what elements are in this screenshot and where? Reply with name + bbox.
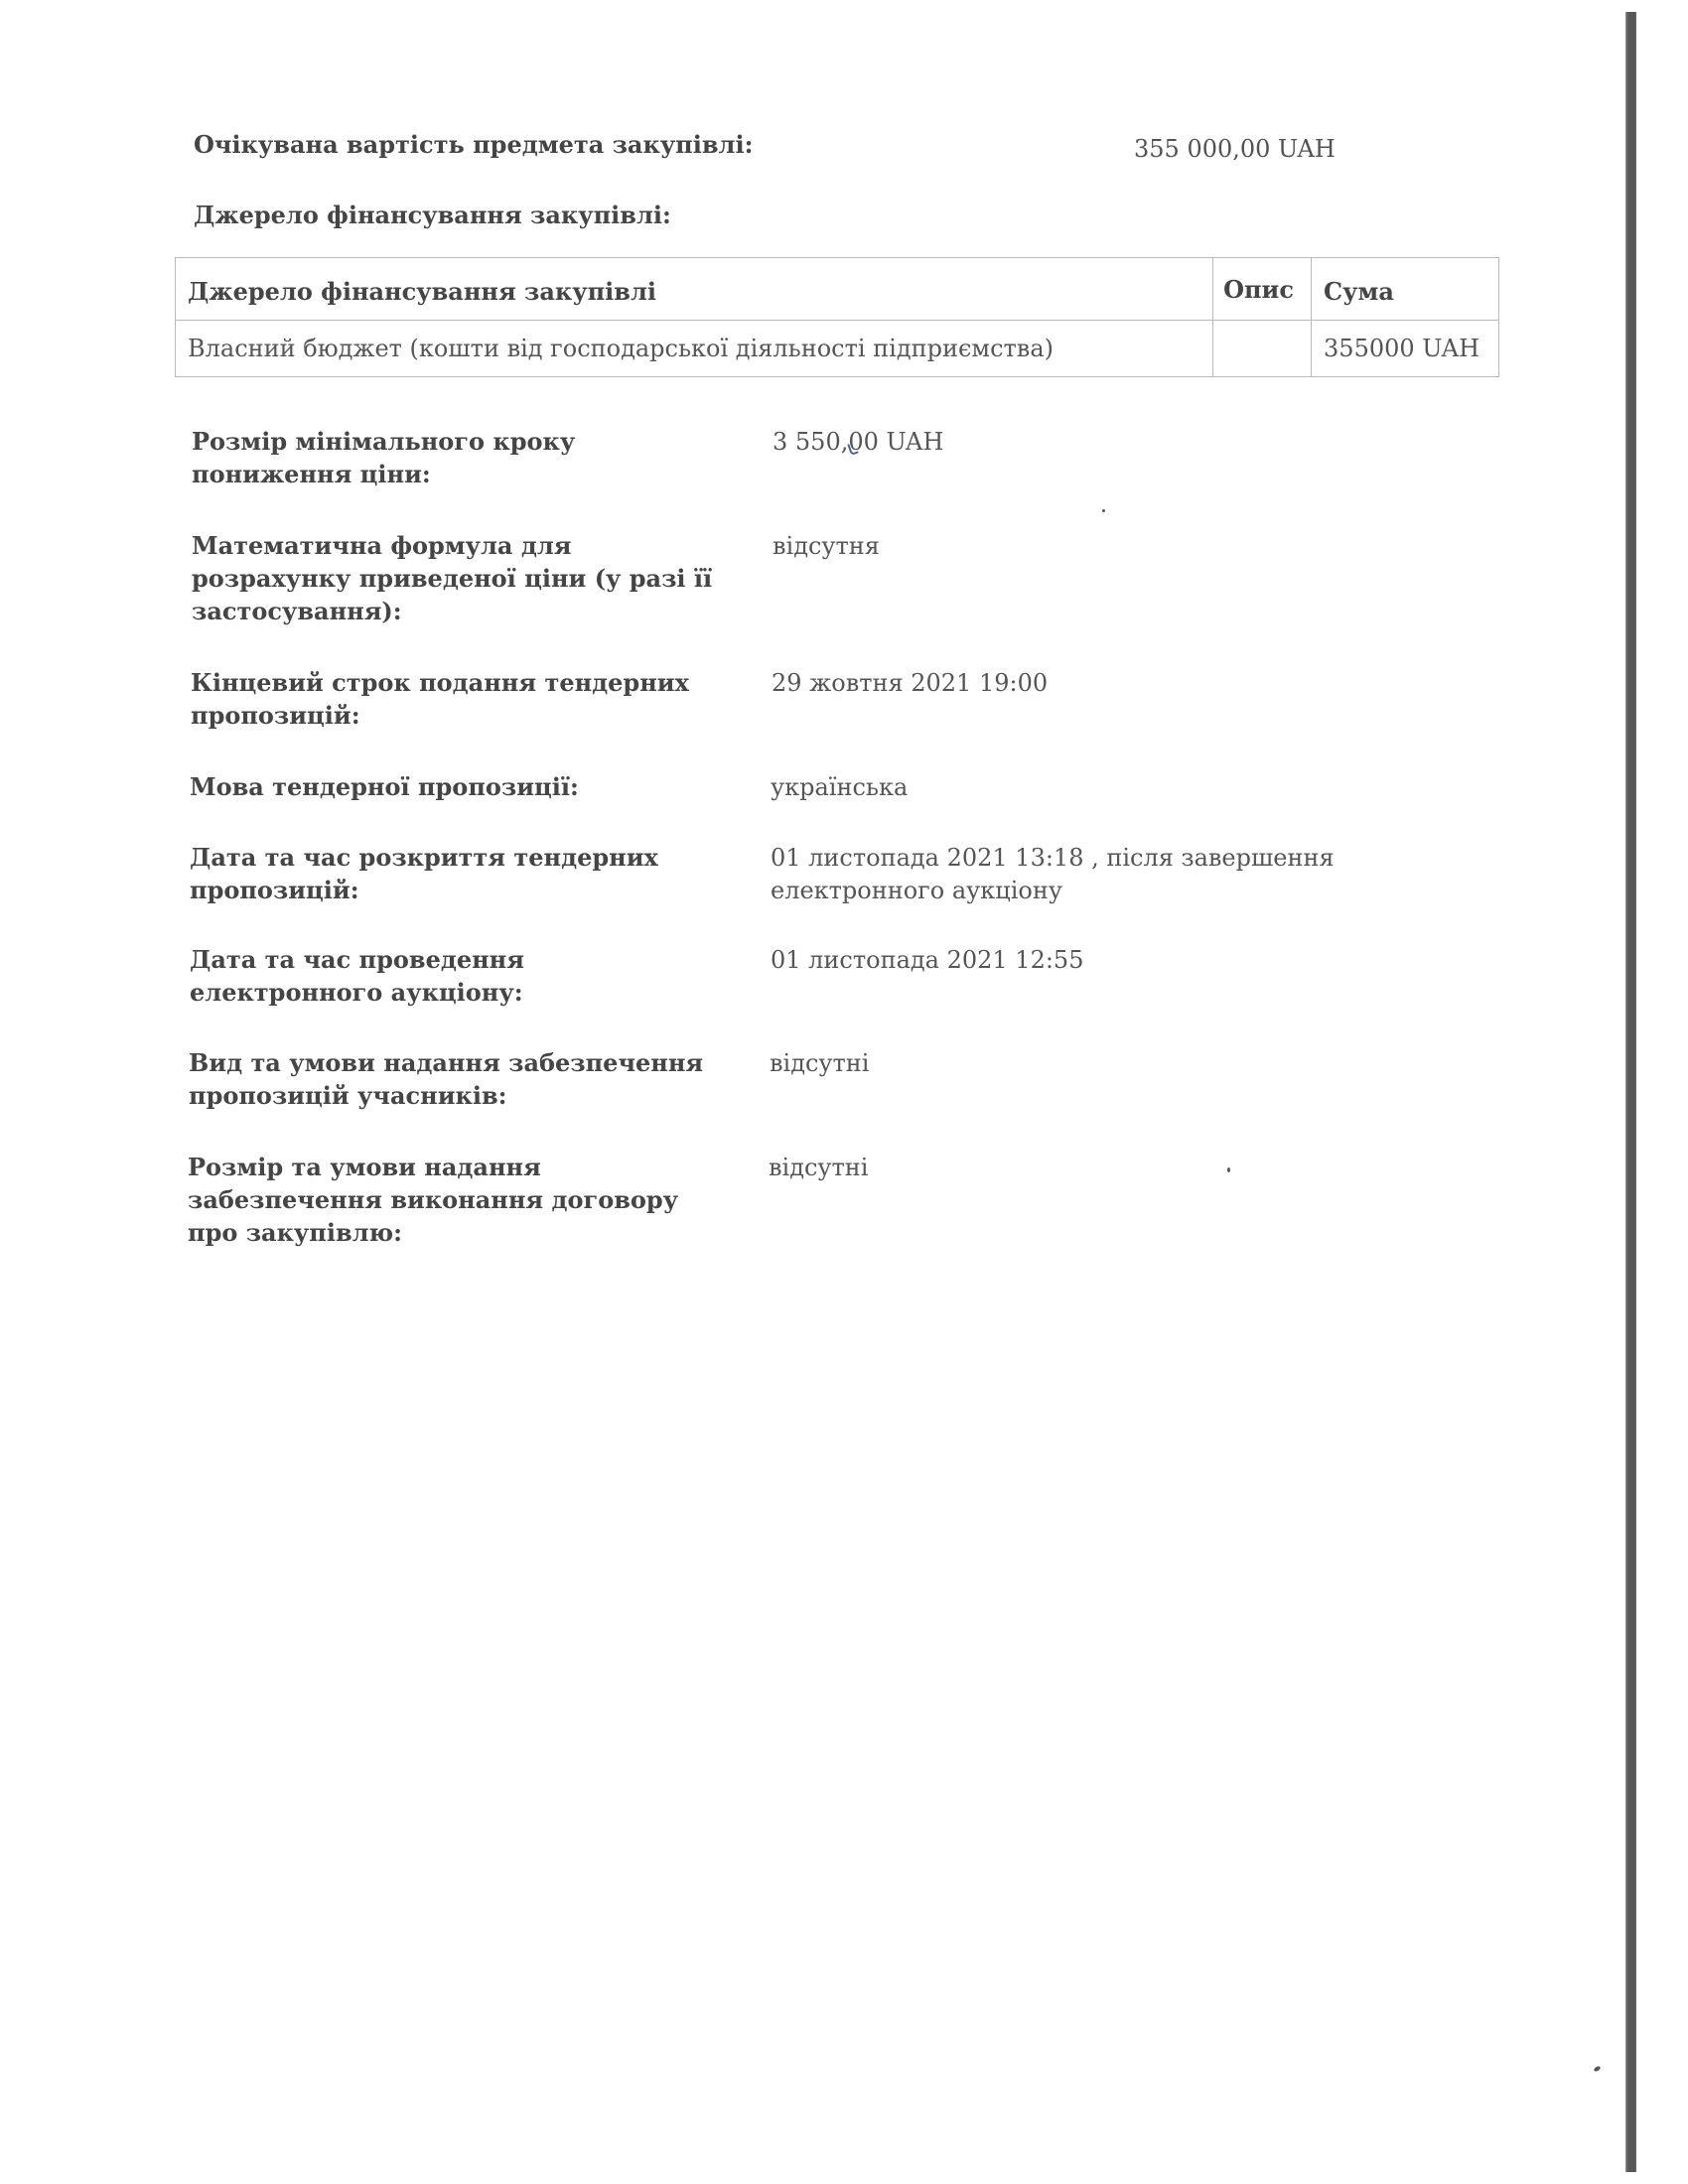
cell-source: Власний бюджет (кошти від господарської … xyxy=(176,321,1213,377)
detail-label: Кінцевий строк подання тендерних пропози… xyxy=(191,666,772,732)
detail-min-step: Розмір мінімального кроку пониження ціни… xyxy=(192,425,943,490)
scan-speck xyxy=(1593,2066,1601,2073)
detail-value: українська xyxy=(771,770,908,804)
detail-value: 01 листопада 2021 13:18 , після завершен… xyxy=(771,841,1335,907)
column-header-source: Джерело фінансування закупівлі xyxy=(176,258,1213,321)
detail-label: Дата та час розкриття тендерних пропозиц… xyxy=(190,841,771,906)
detail-value: відсутня xyxy=(773,529,880,563)
detail-label: Дата та час проведення електронного аукц… xyxy=(190,943,771,1009)
detail-label: Мова тендерної пропозиції: xyxy=(190,770,771,803)
funding-source-table: Джерело фінансування закупівлі Опис Сума… xyxy=(175,257,1499,377)
cell-amount: 355000 UAH xyxy=(1312,321,1499,377)
funding-source-heading: Джерело фінансування закупівлі: xyxy=(194,200,671,231)
detail-submission-deadline: Кінцевий строк подання тендерних пропози… xyxy=(191,666,1048,732)
expected-cost-value: 355 000,00 UAH xyxy=(1134,133,1336,165)
detail-value: відсутні xyxy=(770,1046,869,1080)
detail-label: Математична формула для розрахунку приве… xyxy=(192,529,773,627)
detail-auction-datetime: Дата та час проведення електронного аукц… xyxy=(190,943,1083,1009)
detail-value: 01 листопада 2021 12:55 xyxy=(771,943,1083,977)
detail-value: відсутні xyxy=(769,1151,868,1184)
detail-performance-security: Розмір та умови надання забезпечення вик… xyxy=(188,1151,868,1249)
scan-speck xyxy=(1102,509,1105,512)
column-header-amount: Сума xyxy=(1312,258,1499,321)
detail-opening-datetime: Дата та час розкриття тендерних пропозиц… xyxy=(190,841,1335,907)
detail-value: 29 жовтня 2021 19:00 xyxy=(772,666,1048,700)
detail-proposal-language: Мова тендерної пропозиції: українська xyxy=(190,770,908,804)
table-header-row: Джерело фінансування закупівлі Опис Сума xyxy=(176,258,1499,321)
scan-speck xyxy=(1227,1167,1230,1172)
detail-label: Вид та умови надання забезпечення пропоз… xyxy=(189,1046,770,1112)
column-header-description: Опис xyxy=(1213,258,1312,321)
detail-label: Розмір мінімального кроку пониження ціни… xyxy=(192,425,773,490)
detail-label: Розмір та умови надання забезпечення вик… xyxy=(188,1151,769,1249)
cell-description xyxy=(1213,321,1312,377)
scan-edge-shadow xyxy=(1625,12,1636,2172)
detail-bid-security: Вид та умови надання забезпечення пропоз… xyxy=(189,1046,869,1112)
detail-price-formula: Математична формула для розрахунку приве… xyxy=(192,529,880,627)
detail-value: 3 550,00 UAH xyxy=(773,425,943,459)
scanned-document-page: Очікувана вартість предмета закупівлі: 3… xyxy=(0,0,1688,2184)
table-row: Власний бюджет (кошти від господарської … xyxy=(176,321,1499,377)
expected-cost-label: Очікувана вартість предмета закупівлі: xyxy=(194,129,753,161)
